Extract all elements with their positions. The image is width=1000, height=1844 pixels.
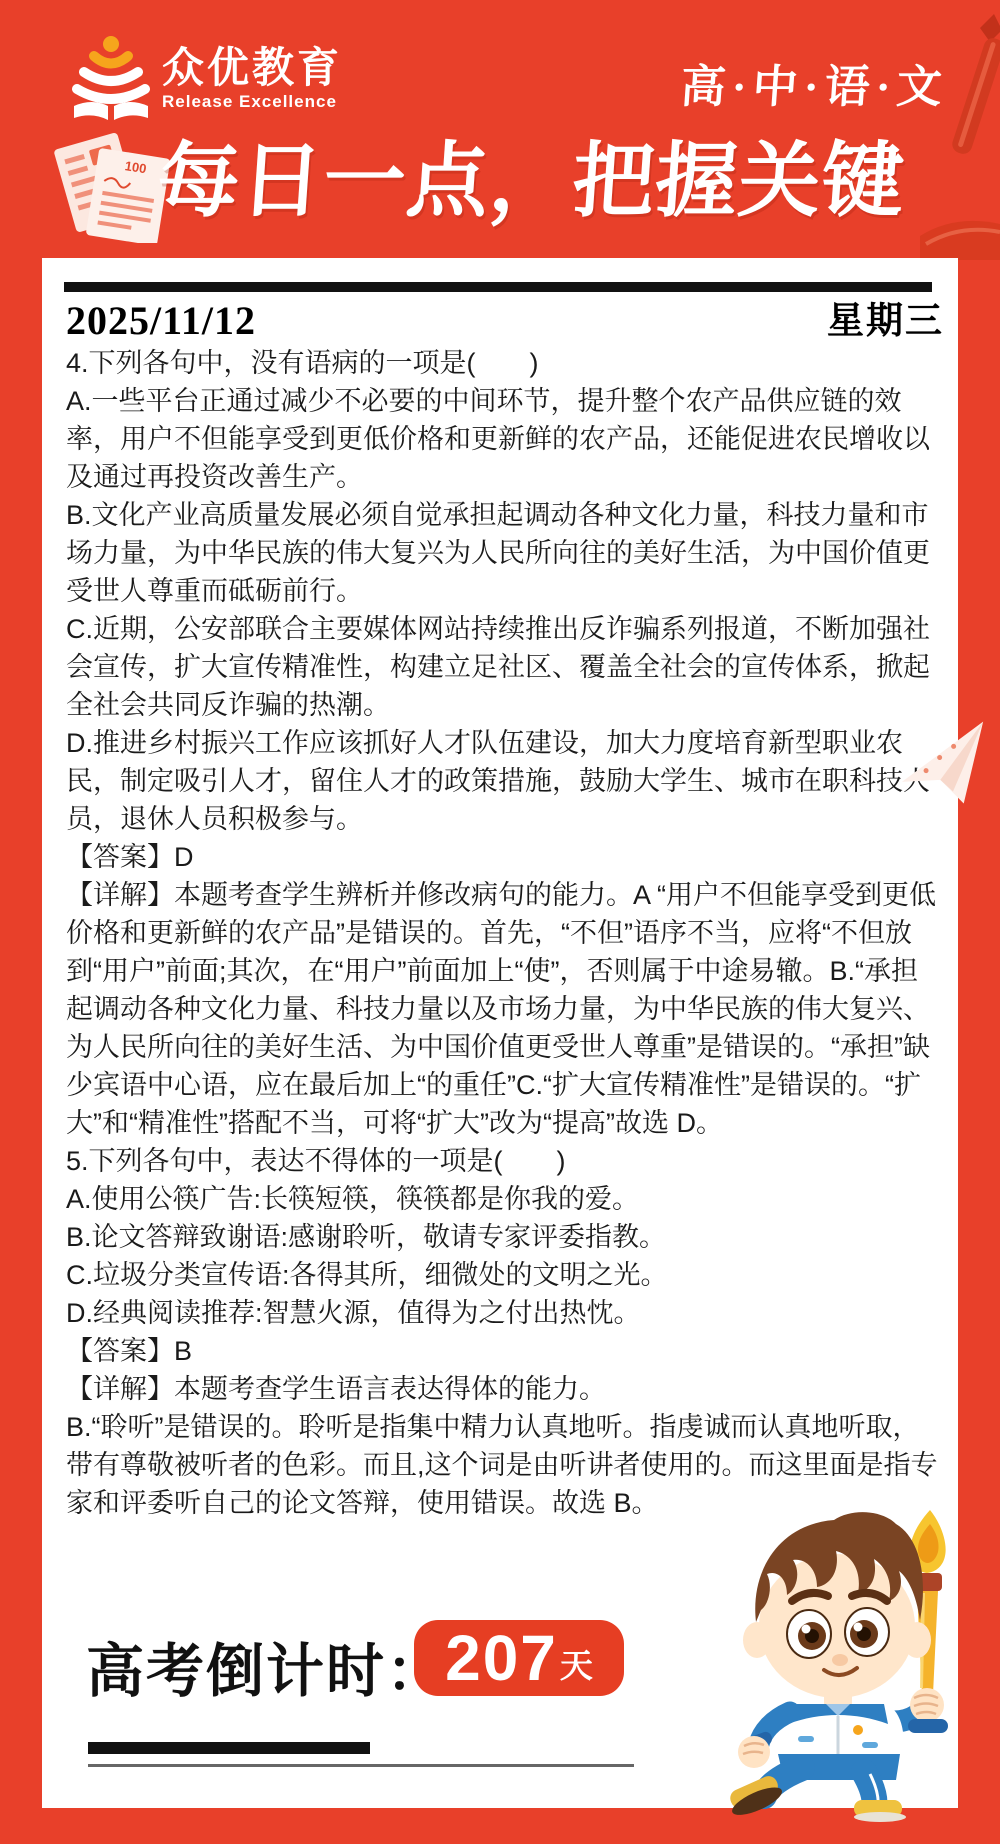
question-5-analysis-1: 【详解】本题考查学生语言表达得体的能力。: [66, 1370, 942, 1408]
question-5-prompt: 5.下列各句中，表达不得体的一项是( ): [66, 1142, 942, 1180]
question-4-option-b: B.文化产业高质量发展必须自觉承担起调动各种文化力量，科技力量和市场力量，为中华…: [66, 496, 942, 610]
paintbrush-icon: [910, 1510, 946, 1694]
page-title: 每日一点，把握关键: [154, 116, 909, 233]
brand-block: 众优教育 Release Excellence: [162, 46, 342, 112]
mascot-boy: [712, 1498, 976, 1822]
question-4-option-a: A.一些平台正通过减少不必要的中间环节，提升整个农产品供应链的效率，用户不但能享…: [66, 382, 942, 496]
question-4-analysis: 【详解】本题考查学生辨析并修改病句的能力。A “用户不但能享受到更低价格和更新鲜…: [66, 876, 942, 1142]
brand-name: 众优教育: [162, 46, 342, 90]
countdown-days: 207: [445, 1626, 558, 1690]
brand-logo-icon: [70, 34, 152, 120]
question-4-option-d: D.推进乡村振兴工作应该抓好人才队伍建设，加大力度培育新型职业农民，制定吸引人才…: [66, 724, 942, 838]
question-5-option-d: D.经典阅读推荐:智慧火源，值得为之付出热忱。: [66, 1294, 942, 1332]
poster: 众优教育 Release Excellence 高·中·语·文 100 每日一点…: [0, 0, 1000, 1844]
divider-gray: [88, 1764, 634, 1767]
question-area: 4.下列各句中，没有语病的一项是( ) A.一些平台正通过减少不必要的中间环节，…: [66, 344, 942, 1522]
date-row: 2025/11/12 星期三: [66, 300, 944, 344]
question-4-prompt: 4.下列各句中，没有语病的一项是( ): [66, 344, 942, 382]
question-4-answer: 【答案】D: [66, 838, 942, 876]
countdown-badge: 207 天: [414, 1620, 624, 1696]
brush-books-decoration-icon: [910, 0, 1000, 260]
subject-label: 高·中·语·文: [679, 50, 951, 115]
date-text: 2025/11/12: [66, 297, 256, 344]
countdown-label: 高考倒计时：: [86, 1624, 446, 1708]
brand-tagline: Release Excellence: [162, 92, 342, 112]
question-5-option-b: B.论文答辩致谢语:感谢聆听，敬请专家评委指教。: [66, 1218, 942, 1256]
weekday-text: 星期三: [827, 290, 944, 344]
countdown-unit: 天: [560, 1649, 593, 1682]
question-5-answer: 【答案】B: [66, 1332, 942, 1370]
card-top-bar: [64, 282, 932, 292]
question-5-option-c: C.垃圾分类宣传语:各得其所，细微处的文明之光。: [66, 1256, 942, 1294]
question-4-option-c: C.近期，公安部联合主要媒体网站持续推出反诈骗系列报道，不断加强社会宣传，扩大宣…: [66, 610, 942, 724]
question-5-option-a: A.使用公筷广告:长筷短筷，筷筷都是你我的爱。: [66, 1180, 942, 1218]
divider-black: [88, 1742, 370, 1754]
